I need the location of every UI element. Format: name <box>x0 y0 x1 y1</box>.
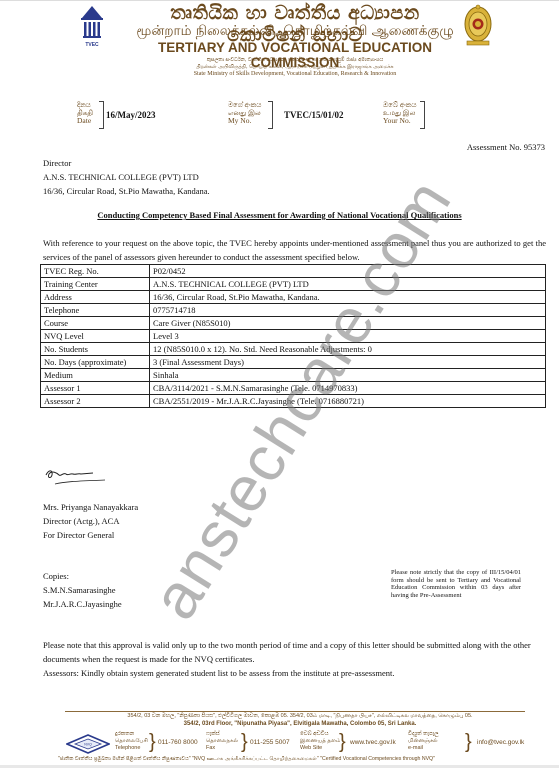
footer-fax-label: ෆැක්ස් தொலைநகல் Fax <box>206 731 238 752</box>
top-border <box>0 0 559 1</box>
copies-block: Copies: S.M.N.Samarasinghe Mr.J.A.R.C.Ja… <box>43 569 122 611</box>
footer-email-label: විද්‍යුත් තැපෑල மின்னஞ்சல் e-mail <box>408 731 439 752</box>
detail-value: 3 (Final Assessment Days) <box>150 356 546 369</box>
signatory-on-behalf: For Director General <box>43 528 138 542</box>
my-no-label: මගේ අංකය எனது இல My No. <box>228 101 261 125</box>
detail-key: Telephone <box>41 304 150 317</box>
your-no-label-en: Your No. <box>383 117 417 125</box>
date-value: 16/May/2023 <box>106 110 156 120</box>
footer-divider <box>65 711 525 712</box>
copy-recipient: Mr.J.A.R.C.Jayasinghe <box>43 597 122 611</box>
notes-block: Please note that this approval is valid … <box>43 638 546 680</box>
detail-key: No. Students <box>41 343 150 356</box>
telephone-label-ta: தொலைபேசி <box>115 738 148 745</box>
brace-icon: } <box>339 732 346 752</box>
detail-value: Level 3 <box>150 330 546 343</box>
assessment-details-table: TVEC Reg. No.P02/0452Training CenterA.N.… <box>40 264 546 408</box>
detail-value: CBA/2551/2019 - Mr.J.A.R.C.Jayasinghe (T… <box>150 395 546 408</box>
my-no-bracket <box>268 101 273 129</box>
footer-fax: 011-255 5007 <box>250 739 290 746</box>
svg-text:NVQ: NVQ <box>84 743 92 747</box>
detail-value: Sinhala <box>150 369 546 382</box>
footer-website-label: වෙබ් අඩවිය இணையத் தளம் Web Site <box>300 731 340 752</box>
my-no-value: TVEC/15/01/02 <box>284 110 344 120</box>
table-row: Telephone0775714718 <box>41 304 546 317</box>
tamil-title: மூன்றாம் நிலைக்கல்வி, தொழிற்கல்வி ஆணைக்க… <box>130 23 460 41</box>
detail-key: Assessor 2 <box>41 395 150 408</box>
brace-icon: } <box>149 732 156 752</box>
footer-slogan: "ජාතික වෘත්තීය ප්‍රමුඛතා මඟින් පිළිගත් ව… <box>58 756 548 763</box>
table-row: Assessor 1CBA/3114/2021 - S.M.N.Samarasi… <box>41 382 546 395</box>
table-row: Assessor 2CBA/2551/2019 - Mr.J.A.R.C.Jay… <box>41 395 546 408</box>
table-row: No. Students12 (N85S010.0 x 12). No. Std… <box>41 343 546 356</box>
copy-recipient: S.M.N.Samarasinghe <box>43 583 122 597</box>
detail-value: CBA/3114/2021 - S.M.N.Samarasinghe (Tele… <box>150 382 546 395</box>
table-row: No. Days (approximate)3 (Final Assessmen… <box>41 356 546 369</box>
table-row: Address16/36, Circular Road, St.Pio Mawa… <box>41 291 546 304</box>
side-note: Please note strictly that the copy of II… <box>391 569 521 599</box>
date-bracket <box>99 101 104 129</box>
footer-telephone: 011-760 8000 <box>158 739 198 746</box>
ministry-sinhala: කුසලතා සංවර්ධන, වෘත්තීය අධ්‍යාපන, පර්යේෂ… <box>130 57 460 63</box>
national-emblem-icon <box>462 3 494 49</box>
table-row: MediumSinhala <box>41 369 546 382</box>
telephone-label-en: Telephone <box>115 745 148 752</box>
brace-icon: } <box>465 732 472 752</box>
detail-key: TVEC Reg. No. <box>41 265 150 278</box>
footer-website[interactable]: www.tvec.gov.lk <box>350 739 396 746</box>
website-label-si: වෙබ් අඩවිය <box>300 731 340 738</box>
svg-text:TVEC: TVEC <box>85 42 99 48</box>
signatory-designation: Director (Actg.), ACA <box>43 514 138 528</box>
my-no-label-en: My No. <box>228 117 261 125</box>
email-label-en: e-mail <box>408 745 439 752</box>
detail-value: P02/0452 <box>150 265 546 278</box>
footer-telephone-label: දුරකතන தொலைபேசி Telephone <box>115 731 148 752</box>
intro-paragraph: With reference to your request on the ab… <box>43 237 546 264</box>
detail-key: Course <box>41 317 150 330</box>
letter-subject: Conducting Competency Based Final Assess… <box>0 210 559 220</box>
telephone-label-si: දුරකතන <box>115 731 148 738</box>
footer-address-local: 354/2, 03 වන මහල, "නිපුණතා පියස", එල්විට… <box>60 713 540 720</box>
table-row: TVEC Reg. No.P02/0452 <box>41 265 546 278</box>
website-label-ta: இணையத் தளம் <box>300 738 340 745</box>
signatory-name: Mrs. Priyanga Nanayakkara <box>43 500 138 514</box>
ministry-english: State Ministry of Skills Development, Vo… <box>130 71 460 77</box>
my-no-label-si: මගේ අංකය <box>228 101 261 109</box>
email-label-ta: மின்னஞ்சல் <box>408 738 439 745</box>
detail-value: 12 (N85S010.0 x 12). No. Std. Need Reaso… <box>150 343 546 356</box>
your-no-label: ඔබේ අංකය உமது இல Your No. <box>383 101 417 125</box>
detail-value: 0775714718 <box>150 304 546 317</box>
validity-note: Please note that this approval is valid … <box>43 638 546 666</box>
date-label-si: දිනය <box>77 101 93 109</box>
table-row: CourseCare Giver (N85S010) <box>41 317 546 330</box>
detail-key: Address <box>41 291 150 304</box>
recipient-organization: A.N.S. TECHNICAL COLLEGE (PVT) LTD <box>43 170 210 184</box>
detail-key: No. Days (approximate) <box>41 356 150 369</box>
detail-key: Training Center <box>41 278 150 291</box>
ministry-tamil: திறன்கள் அபிவிருத்தி, தொழிற் கல்வி, ஆராய… <box>130 64 460 70</box>
footer-email[interactable]: info@tvec.gov.lk <box>477 739 524 746</box>
your-no-label-si: ඔබේ අංකය <box>383 101 417 109</box>
table-row: NVQ LevelLevel 3 <box>41 330 546 343</box>
fax-label-si: ෆැක්ස් <box>206 731 238 738</box>
detail-value: 16/36, Circular Road, St.Pio Mawatha, Ka… <box>150 291 546 304</box>
fax-label-en: Fax <box>206 745 238 752</box>
detail-value: Care Giver (N85S010) <box>150 317 546 330</box>
your-no-bracket <box>420 101 425 129</box>
copies-label: Copies: <box>43 569 122 583</box>
recipient-title: Director <box>43 156 210 170</box>
recipient-address-block: Director A.N.S. TECHNICAL COLLEGE (PVT) … <box>43 156 210 198</box>
table-row: Training CenterA.N.S. TECHNICAL COLLEGE … <box>41 278 546 291</box>
signatory-block: Mrs. Priyanga Nanayakkara Director (Actg… <box>43 500 138 542</box>
tvec-logo-icon: TVEC <box>78 4 106 48</box>
fax-label-ta: தொலைநகல் <box>206 738 238 745</box>
assessment-number: Assessment No. 95373 <box>467 142 545 152</box>
email-label-si: විද්‍යුත් තැපෑල <box>408 731 439 738</box>
detail-key: NVQ Level <box>41 330 150 343</box>
footer-address-english: 354/2, 03rd Floor, "Nipunatha Piyasa", E… <box>60 721 540 727</box>
assessor-note: Assessors: Kindly obtain system generate… <box>43 666 546 680</box>
detail-key: Assessor 1 <box>41 382 150 395</box>
detail-key: Medium <box>41 369 150 382</box>
date-label: දිනය திகதி Date <box>77 101 93 125</box>
date-label-en: Date <box>77 117 93 125</box>
recipient-address: 16/36, Circular Road, St.Pio Mawatha, Ka… <box>43 184 210 198</box>
signature-icon <box>43 467 113 489</box>
footer-logo-icon: NVQ <box>66 734 110 754</box>
detail-value: A.N.S. TECHNICAL COLLEGE (PVT) LTD <box>150 278 546 291</box>
website-label-en: Web Site <box>300 745 340 752</box>
brace-icon: } <box>241 732 248 752</box>
